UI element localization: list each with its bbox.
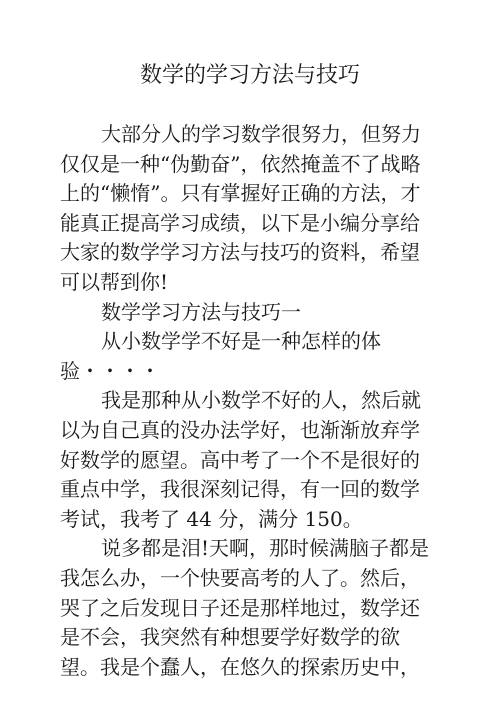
body-line: 好数学的愿望。高中考了一个不是很好的 bbox=[60, 446, 460, 476]
body-line: 是不会，我突然有种想要学好数学的欲 bbox=[60, 623, 460, 653]
section-heading: 数学学习方法与技巧一 bbox=[60, 298, 460, 328]
body-line: 验・・・・ bbox=[60, 357, 460, 387]
document-title: 数学的学习方法与技巧 bbox=[0, 62, 500, 90]
body-line: 我是那种从小数学不好的人，然后就 bbox=[60, 386, 460, 416]
body-line: 可以帮到你! bbox=[60, 268, 460, 298]
body-line: 从小数学学不好是一种怎样的体 bbox=[60, 327, 460, 357]
body-line: 能真正提高学习成绩，以下是小编分享给 bbox=[60, 209, 460, 239]
body-line: 上的“懒惰”。只有掌握好正确的方法，才 bbox=[60, 179, 460, 209]
body-line: 仅仅是一种“伪勤奋”，依然掩盖不了战略 bbox=[60, 150, 460, 180]
body-line: 哭了之后发现日子还是那样地过，数学还 bbox=[60, 594, 460, 624]
body-line: 重点中学，我很深刻记得，有一回的数学 bbox=[60, 475, 460, 505]
body-line: 望。我是个蠢人，在悠久的探索历史中， bbox=[60, 653, 460, 683]
body-line: 我怎么办，一个快要高考的人了。然后， bbox=[60, 564, 460, 594]
body-line: 以为自己真的没办法学好，也渐渐放弃学 bbox=[60, 416, 460, 446]
body-line: 说多都是泪!天啊，那时候满脑子都是 bbox=[60, 534, 460, 564]
body-line: 大部分人的学习数学很努力，但努力 bbox=[60, 120, 460, 150]
body-line: 大家的数学学习方法与技巧的资料，希望 bbox=[60, 238, 460, 268]
document-body: 大部分人的学习数学很努力，但努力 仅仅是一种“伪勤奋”，依然掩盖不了战略 上的“… bbox=[60, 120, 460, 682]
body-line: 考试，我考了 44 分，满分 150。 bbox=[60, 505, 460, 535]
